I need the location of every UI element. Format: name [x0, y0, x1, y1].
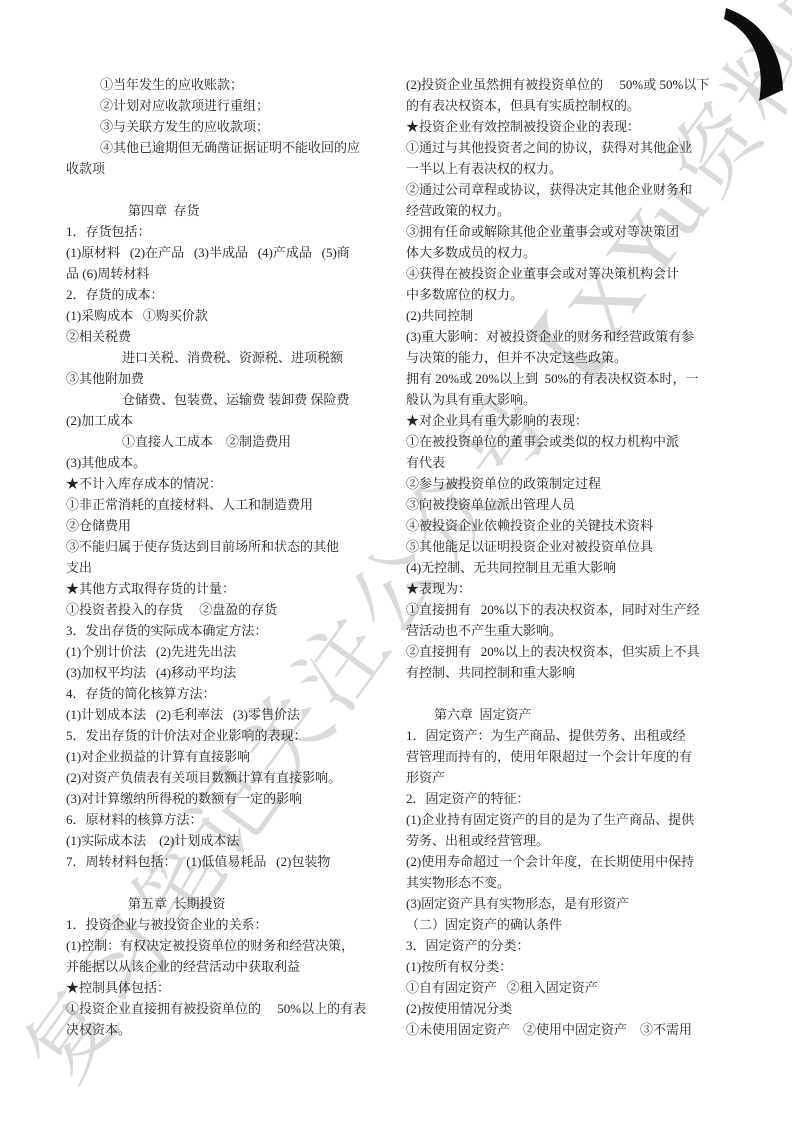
text-line: 的有表决权资本，但具有实质控制权的。 — [406, 95, 750, 116]
text-line: ②参与被投资单位的政策制定过程 — [406, 473, 750, 494]
right-column: (2)投资企业虽然拥有被投资单位的 50%或 50%以下的有表决权资本，但具有实… — [406, 74, 750, 1040]
text-line: ④获得在被投资企业董事会或对等决策机构会计 — [406, 263, 750, 284]
text-line: ③拥有任命或解除其他企业董事会或对等决策团 — [406, 221, 750, 242]
blank-line — [66, 179, 400, 200]
text-line: 1．存货包括： — [66, 221, 400, 242]
text-line: ★对企业具有重大影响的表现： — [406, 410, 750, 431]
text-line: 有控制、共同控制和重大影响 — [406, 662, 750, 683]
text-line: 收款项 — [66, 158, 400, 179]
text-line: ④被投资企业依赖投资企业的关键技术资料 — [406, 515, 750, 536]
text-line: 第五章 长期投资 — [66, 893, 400, 914]
text-line: (2)投资企业虽然拥有被投资单位的 50%或 50%以下 — [406, 74, 750, 95]
text-line: 营活动也不产生重大影响。 — [406, 620, 750, 641]
document-page: 复习笔记关注公众号【XYu资料库】 ①当年发生的应收账款；②计划对应收款项进行重… — [0, 0, 792, 1122]
text-line: ①直接拥有 20%以下的表决权资本，同时对生产经 — [406, 599, 750, 620]
text-line: (2)对资产负债表有关项目数额计算有直接影响。 — [66, 767, 400, 788]
text-line: ①投资企业直接拥有被投资单位的 50%以上的有表 — [66, 998, 400, 1019]
text-line: (1)采购成本 ①购买价款 — [66, 305, 400, 326]
text-line: 经营政策的权力。 — [406, 200, 750, 221]
text-line: 5．发出存货的计价法对企业影响的表现： — [66, 725, 400, 746]
text-line: ②直接拥有 20%以上的表决权资本，但实质上不具 — [406, 641, 750, 662]
text-line: ★控制具体包括： — [66, 977, 400, 998]
text-line: （二）固定资产的确认条件 — [406, 914, 750, 935]
text-line: (2)按使用情况分类 — [406, 998, 750, 1019]
text-line: (1)原材料 (2)在产品 (3)半成品 (4)产成品 (5)商 — [66, 242, 400, 263]
text-line: 3．固定资产的分类： — [406, 935, 750, 956]
text-line: ①在被投资单位的董事会或类似的权力机构中派 — [406, 431, 750, 452]
text-line: ②通过公司章程或协议，获得决定其他企业财务和 — [406, 179, 750, 200]
text-line: 决权资本。 — [66, 1019, 400, 1040]
text-line: 仓储费、包装费、运输费 装卸费 保险费 — [66, 389, 400, 410]
text-line: 品 (6)周转材料 — [66, 263, 400, 284]
text-line: ②相关税费 — [66, 326, 400, 347]
blank-line — [66, 872, 400, 893]
text-line: (1)个别计价法 (2)先进先出法 — [66, 641, 400, 662]
text-line: ★不计入库存成本的情况： — [66, 473, 400, 494]
text-line: ★其他方式取得存货的计量： — [66, 578, 400, 599]
text-line: (1)按所有权分类： — [406, 956, 750, 977]
text-line: ★表现为： — [406, 578, 750, 599]
text-line: ②计划对应收款项进行重组； — [66, 95, 400, 116]
text-line: 并能据以从该企业的经营活动中获取利益 — [66, 956, 400, 977]
text-line: 拥有 20%或 20%以上到 50%的有表决权资本时，一 — [406, 368, 750, 389]
corner-bracket-mark — [724, 4, 786, 104]
text-line: ①通过与其他投资者之间的协议，获得对其他企业 — [406, 137, 750, 158]
text-line: 与决策的能力，但并不决定这些政策。 — [406, 347, 750, 368]
text-line: 般认为具有重大影响。 — [406, 389, 750, 410]
text-line: 2．固定资产的特征： — [406, 788, 750, 809]
text-line: ③不能归属于使存货达到目前场所和状态的其他 — [66, 536, 400, 557]
text-line: 7．周转材料包括： (1)低值易耗品 (2)包装物 — [66, 851, 400, 872]
text-line: (2)加工成本 — [66, 410, 400, 431]
text-line: 营管理而持有的，使用年限超过一个会计年度的有 — [406, 746, 750, 767]
text-line: 形资产 — [406, 767, 750, 788]
text-line: 1．投资企业与被投资企业的关系： — [66, 914, 400, 935]
text-line: ①直接人工成本 ②制造费用 — [66, 431, 400, 452]
text-line: (1)对企业损益的计算有直接影响 — [66, 746, 400, 767]
text-line: 支出 — [66, 557, 400, 578]
text-line: 其实物形态不变。 — [406, 872, 750, 893]
text-line: (2)共同控制 — [406, 305, 750, 326]
text-line: (3)加权平均法 (4)移动平均法 — [66, 662, 400, 683]
text-line: (1)计划成本法 (2)毛利率法 (3)零售价法 — [66, 704, 400, 725]
text-line: 3．发出存货的实际成本确定方法： — [66, 620, 400, 641]
text-line: 劳务、出租或经营管理。 — [406, 830, 750, 851]
text-line: ④其他已逾期但无确凿证据证明不能收回的应 — [66, 137, 400, 158]
text-line: 中多数席位的权力。 — [406, 284, 750, 305]
text-line: ①未使用固定资产 ②使用中固定资产 ③不需用 — [406, 1019, 750, 1040]
text-line: ⑤其他能足以证明投资企业对被投资单位具 — [406, 536, 750, 557]
text-line: 一半以上有表决权的权力。 — [406, 158, 750, 179]
text-line: ③其他附加费 — [66, 368, 400, 389]
text-line: (4)无控制、无共同控制且无重大影响 — [406, 557, 750, 578]
text-line: 6．原材料的核算方法： — [66, 809, 400, 830]
text-line: 第六章 固定资产 — [406, 704, 750, 725]
text-line: (1)企业持有固定资产的目的是为了生产商品、提供 — [406, 809, 750, 830]
text-line: (3)其他成本。 — [66, 452, 400, 473]
text-line: ①当年发生的应收账款； — [66, 74, 400, 95]
text-line: (1)控制：有权决定被投资单位的财务和经营决策， — [66, 935, 400, 956]
text-line: ①自有固定资产 ②租入固定资产 — [406, 977, 750, 998]
text-line: 进口关税、消费税、资源税、进项税额 — [66, 347, 400, 368]
text-line: (3)重大影响：对被投资企业的财务和经营政策有参 — [406, 326, 750, 347]
text-line: ③向被投资单位派出管理人员 — [406, 494, 750, 515]
text-line: 1．固定资产：为生产商品、提供劳务、出租或经 — [406, 725, 750, 746]
text-line: ①非正常消耗的直接材料、人工和制造费用 — [66, 494, 400, 515]
left-column: ①当年发生的应收账款；②计划对应收款项进行重组；③与关联方发生的应收款项；④其他… — [66, 74, 400, 1040]
text-line: 体大多数成员的权力。 — [406, 242, 750, 263]
text-line: ★投资企业有效控制被投资企业的表现： — [406, 116, 750, 137]
text-line: ③与关联方发生的应收款项； — [66, 116, 400, 137]
text-line: (3)固定资产具有实物形态，是有形资产 — [406, 893, 750, 914]
text-line: 4．存货的简化核算方法： — [66, 683, 400, 704]
text-line: 2．存货的成本： — [66, 284, 400, 305]
text-line: ①投资者投入的存货 ②盘盈的存货 — [66, 599, 400, 620]
text-line: 有代表 — [406, 452, 750, 473]
text-line: (2)使用寿命超过一个会计年度，在长期使用中保持 — [406, 851, 750, 872]
text-line: ②仓储费用 — [66, 515, 400, 536]
text-line: (3)对计算缴纳所得税的数额有一定的影响 — [66, 788, 400, 809]
blank-line — [406, 683, 750, 704]
text-line: 第四章 存货 — [66, 200, 400, 221]
text-line: (1)实际成本法 (2)计划成本法 — [66, 830, 400, 851]
